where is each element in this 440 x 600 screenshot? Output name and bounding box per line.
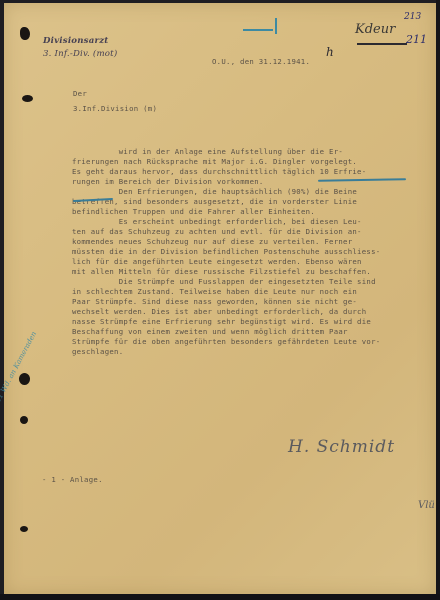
- stamp-underline: [357, 43, 407, 45]
- body-line: müssten die in der Division befindlichen…: [72, 247, 380, 257]
- stamp-word: Kdeur: [355, 22, 395, 37]
- body-line: Den Erfrierungen, die hauptsächlich (90%…: [72, 187, 380, 197]
- body-line: mit allen Mitteln für diese russische Fi…: [72, 267, 380, 277]
- letterhead: Divisionsarzt 3. Inf.-Div. (mot): [43, 35, 117, 61]
- corner-mark: Vlü: [418, 500, 435, 511]
- cross-mark-vertical: [275, 18, 277, 34]
- scan-border-right: [436, 0, 440, 600]
- enclosure-note: - 1 - Anlage.: [42, 475, 103, 485]
- body-line: geschlagen.: [72, 347, 380, 357]
- punch-hole: [20, 526, 28, 532]
- folio-number-top: 213: [404, 12, 421, 22]
- body-line: wechselt werden. Dies ist aber unbedingt…: [72, 307, 380, 317]
- body-line: nasse Strümpfe eine Erfrierung sehr begü…: [72, 317, 380, 327]
- initial-mark: h: [326, 45, 334, 59]
- body-line: Es geht daraus hervor, dass durchschnitt…: [72, 167, 380, 177]
- cross-mark-annotation: –†: [243, 22, 273, 38]
- punch-hole: [20, 416, 28, 424]
- body-line: Paar Strümpfe. Sind diese nass geworden,…: [72, 297, 380, 307]
- body-line: Strümpfe für die oben angeführten besond…: [72, 337, 380, 347]
- signature: H. Schmidt: [288, 437, 395, 457]
- body-line: Es erscheint unbedingt erforderlich, bei…: [72, 217, 380, 227]
- body-line: betreffen, sind besonders ausgesetzt, di…: [72, 197, 380, 207]
- body-line: wird in der Anlage eine Aufstellung über…: [72, 147, 380, 157]
- place-date: O.U., den 31.12.1941.: [212, 57, 310, 67]
- recipient-label: Der: [73, 89, 87, 99]
- folio-number-bottom: 211: [406, 33, 427, 46]
- letterhead-title: Divisionsarzt: [43, 35, 117, 48]
- body-line: ten auf das Schuhzeug zu achten und evtl…: [72, 227, 380, 237]
- body-line: befindlichen Truppen und die Fahrer alle…: [72, 207, 380, 217]
- body-line: Die Strümpfe und Fusslappen der eingeset…: [72, 277, 380, 287]
- body-line: lich für die angeführten Leute eingesetz…: [72, 257, 380, 267]
- punch-hole: [20, 27, 30, 40]
- body-line: kommendes neues Schuhzeug nur auf diese …: [72, 237, 380, 247]
- punch-hole: [19, 373, 30, 385]
- punch-hole: [22, 95, 33, 102]
- recipient-unit: 3.Inf.Division (m): [73, 104, 157, 114]
- body-line: frierungen nach Rücksprache mit Major i.…: [72, 157, 380, 167]
- body-line: Beschaffung von einem zweiten und wenn m…: [72, 327, 380, 337]
- scan-border-bottom: [0, 594, 440, 600]
- letterhead-unit: 3. Inf.-Div. (mot): [43, 48, 117, 61]
- body-line: in schlechtem Zustand. Teilweise haben d…: [72, 287, 380, 297]
